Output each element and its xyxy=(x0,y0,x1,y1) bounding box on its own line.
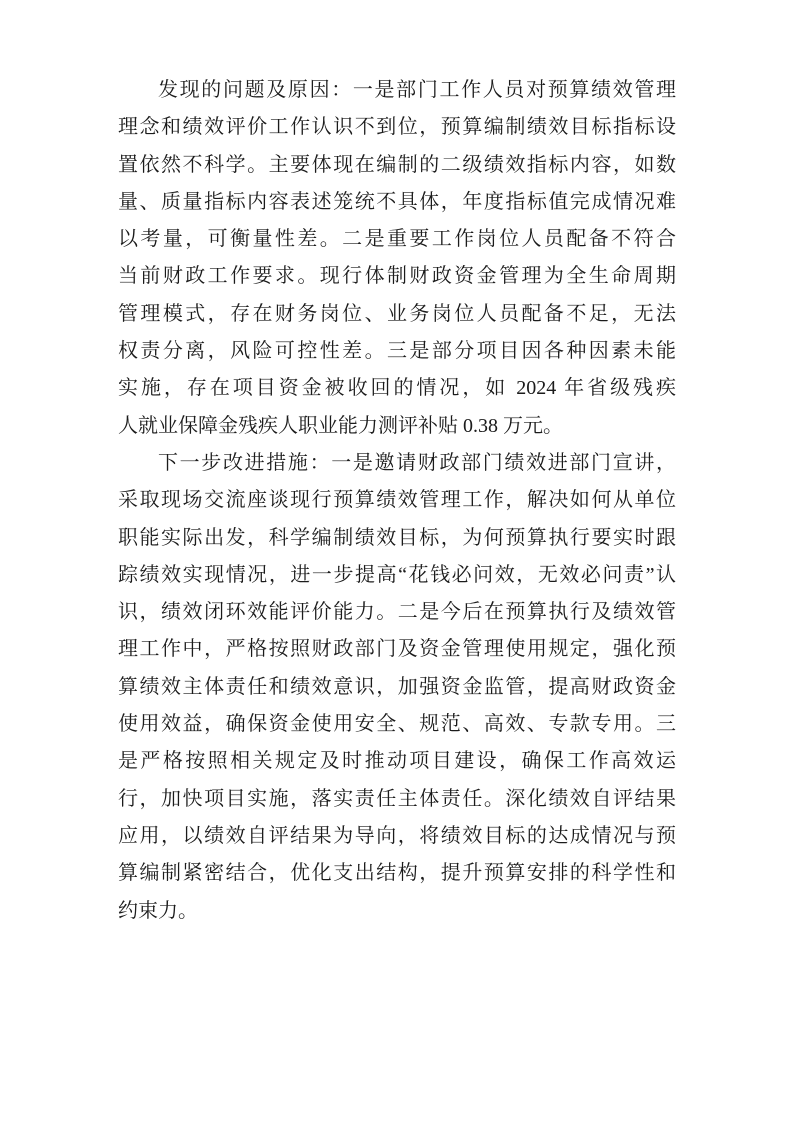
text-line: 管理模式，存在财务岗位、业务岗位人员配备不足，无法 xyxy=(118,296,676,333)
text-line: 当前财政工作要求。现行体制财政资金管理为全生命周期 xyxy=(118,258,676,295)
text-line: 发现的问题及原因：一是部门工作人员对预算绩效管理 xyxy=(118,72,676,109)
text-line: 是严格按照相关规定及时推动项目建设，确保工作高效运 xyxy=(118,743,676,780)
text-line: 以考量，可衡量性差。二是重要工作岗位人员配备不符合 xyxy=(118,221,676,258)
text-line: 下一步改进措施：一是邀请财政部门绩效进部门宣讲， xyxy=(118,445,676,482)
text-line: 置依然不科学。主要体现在编制的二级绩效指标内容，如数 xyxy=(118,147,676,184)
text-line: 实施，存在项目资金被收回的情况，如 2024 年省级残疾 xyxy=(118,370,676,407)
text-line: 行，加快项目实施，落实责任主体责任。深化绩效自评结果 xyxy=(118,781,676,818)
paragraph-problems-and-causes: 发现的问题及原因：一是部门工作人员对预算绩效管理 理念和绩效评价工作认识不到位，… xyxy=(118,72,676,445)
text-line: 使用效益，确保资金使用安全、规范、高效、专款专用。三 xyxy=(118,706,676,743)
text-line: 采取现场交流座谈现行预算绩效管理工作，解决如何从单位 xyxy=(118,482,676,519)
text-line: 约束力。 xyxy=(118,893,676,930)
text-line: 踪绩效实现情况，进一步提高“花钱必问效，无效必问责”认 xyxy=(118,557,676,594)
text-line: 识，绩效闭环效能评价能力。二是今后在预算执行及绩效管 xyxy=(118,594,676,631)
document-page: 发现的问题及原因：一是部门工作人员对预算绩效管理 理念和绩效评价工作认识不到位，… xyxy=(0,0,793,1122)
text-line: 应用，以绩效自评结果为导向，将绩效目标的达成情况与预 xyxy=(118,818,676,855)
text-line: 理工作中，严格按照财政部门及资金管理使用规定，强化预 xyxy=(118,631,676,668)
text-line: 职能实际出发，科学编制绩效目标，为何预算执行要实时跟 xyxy=(118,520,676,557)
text-line: 算编制紧密结合，优化支出结构，提升预算安排的科学性和 xyxy=(118,855,676,892)
document-body: 发现的问题及原因：一是部门工作人员对预算绩效管理 理念和绩效评价工作认识不到位，… xyxy=(118,72,676,930)
text-line: 算绩效主体责任和绩效意识，加强资金监管，提高财政资金 xyxy=(118,669,676,706)
paragraph-next-step-improvements: 下一步改进措施：一是邀请财政部门绩效进部门宣讲， 采取现场交流座谈现行预算绩效管… xyxy=(118,445,676,930)
text-line: 人就业保障金残疾人职业能力测评补贴 0.38 万元。 xyxy=(118,408,676,445)
text-line: 权责分离，风险可控性差。三是部分项目因各种因素未能 xyxy=(118,333,676,370)
text-line: 量、质量指标内容表述笼统不具体，年度指标值完成情况难 xyxy=(118,184,676,221)
text-line: 理念和绩效评价工作认识不到位，预算编制绩效目标指标设 xyxy=(118,109,676,146)
